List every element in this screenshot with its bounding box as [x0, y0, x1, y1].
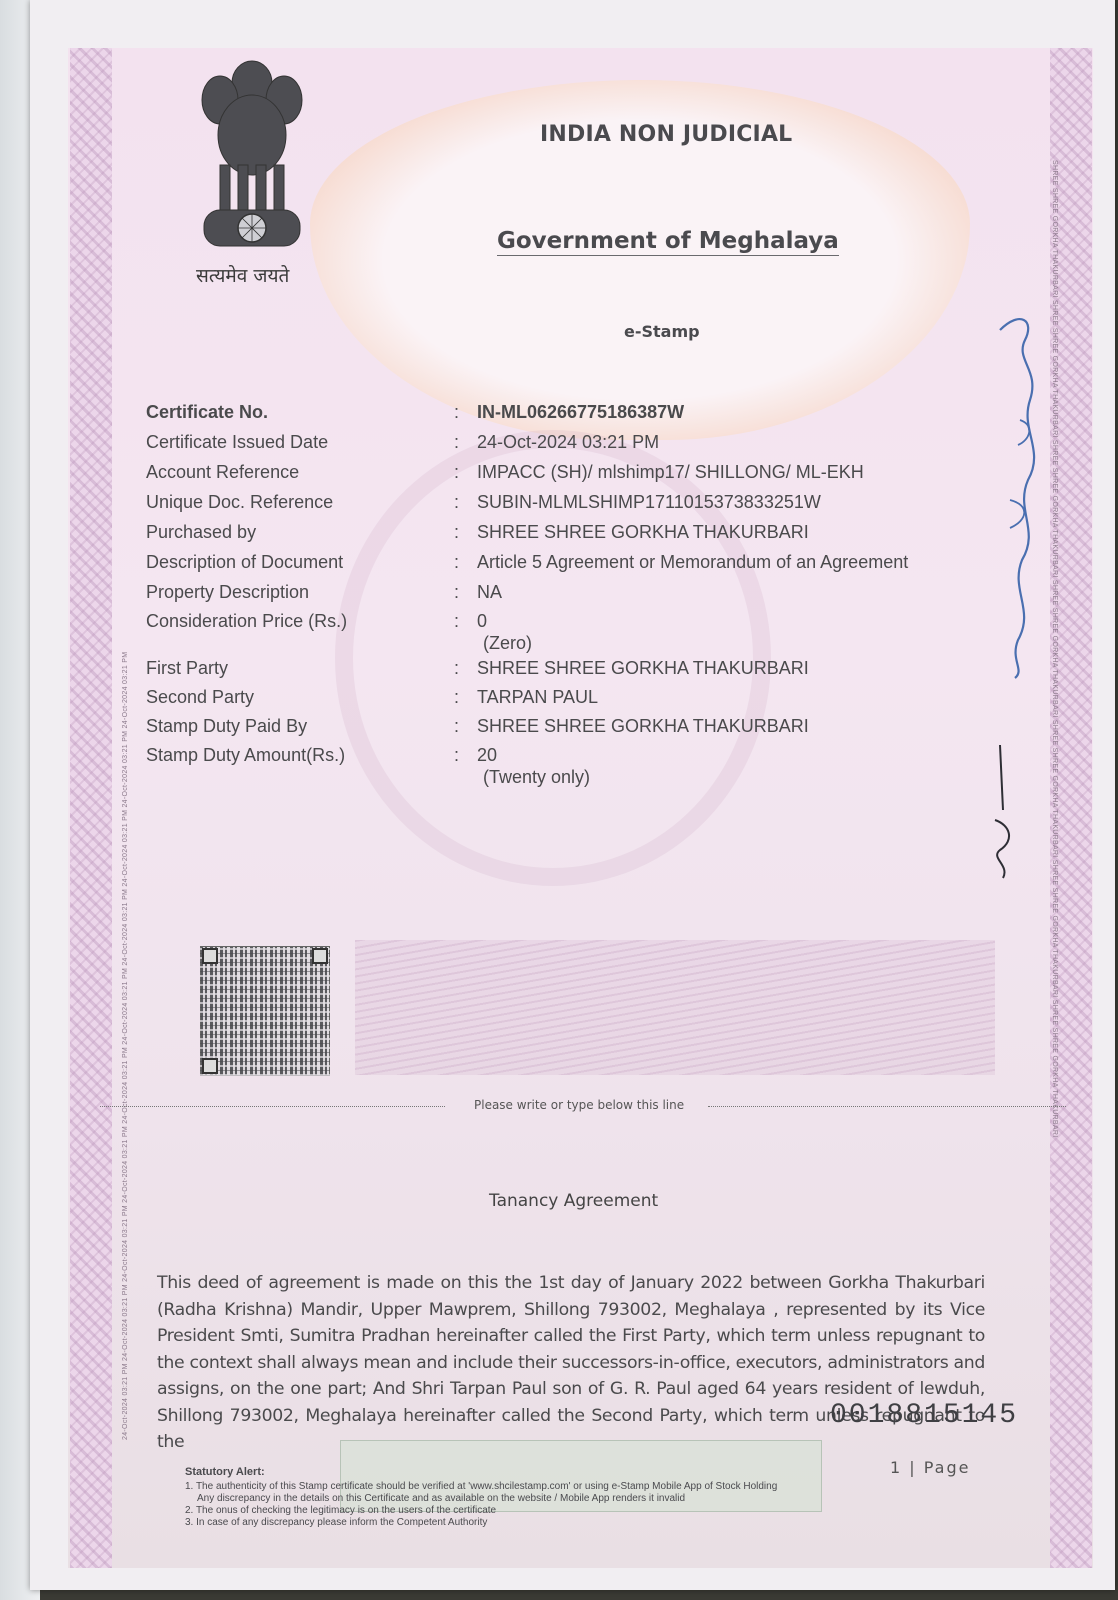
separator-line-left [100, 1106, 445, 1107]
detail-label: Second Party [146, 687, 254, 708]
detail-label: Property Description [146, 582, 309, 603]
statutory-alert-item: 2. The onus of checking the legitimacy i… [185, 1505, 777, 1517]
statutory-alert-item: 3. In case of any discrepancy please inf… [185, 1517, 777, 1529]
statutory-alert-item: 1. The authenticity of this Stamp certif… [185, 1481, 777, 1493]
national-emblem-icon [182, 55, 322, 255]
detail-colon: : [454, 492, 459, 513]
country-heading: INDIA NON JUDICIAL [540, 122, 792, 147]
detail-value-words: (Twenty only) [483, 767, 590, 788]
detail-label: Certificate No. [146, 402, 268, 423]
detail-label: Account Reference [146, 462, 299, 483]
microtext-left: 24-Oct-2024 03:21 PM 24-Oct-2024 03:21 P… [122, 652, 129, 1440]
detail-colon: : [454, 432, 459, 453]
government-heading: Government of Meghalaya [497, 228, 839, 256]
detail-value: SHREE SHREE GORKHA THAKURBARI [477, 716, 809, 737]
qr-code [200, 946, 330, 1076]
detail-colon: : [454, 716, 459, 737]
detail-colon: : [454, 402, 459, 423]
detail-value: IN-ML06266775186387W [477, 402, 684, 423]
statutory-alert-item: Any discrepancy in the details on this C… [185, 1493, 777, 1505]
detail-value-words: (Zero) [483, 633, 532, 654]
detail-label: Description of Document [146, 552, 343, 573]
separator-line-right [708, 1106, 1066, 1107]
statutory-alert: Statutory Alert: 1. The authenticity of … [185, 1466, 777, 1529]
detail-label: Unique Doc. Reference [146, 492, 333, 513]
stamp-type-heading: e-Stamp [624, 322, 700, 341]
detail-label: Certificate Issued Date [146, 432, 328, 453]
detail-value: SUBIN-MLMLSHIMP1711015373833251W [477, 492, 821, 513]
guilloche-band [355, 940, 995, 1075]
serial-number: 0018815145 [830, 1400, 1018, 1431]
detail-colon: : [454, 552, 459, 573]
emblem-motto: सत्यमेव जयते [196, 262, 289, 288]
qr-finder-pattern [202, 948, 218, 964]
detail-label: Stamp Duty Amount(Rs.) [146, 745, 345, 766]
detail-colon: : [454, 522, 459, 543]
detail-colon: : [454, 687, 459, 708]
detail-label: Stamp Duty Paid By [146, 716, 307, 737]
detail-colon: : [454, 611, 459, 632]
agreement-title: Tanancy Agreement [489, 1191, 658, 1211]
qr-finder-pattern [202, 1058, 218, 1074]
detail-colon: : [454, 658, 459, 679]
qr-finder-pattern [312, 948, 328, 964]
detail-value: Article 5 Agreement or Memorandum of an … [477, 552, 908, 573]
detail-colon: : [454, 462, 459, 483]
detail-colon: : [454, 745, 459, 766]
detail-value: SHREE SHREE GORKHA THAKURBARI [477, 522, 809, 543]
detail-value: 20 [477, 745, 497, 766]
signature-first-party [985, 740, 1025, 880]
separator-text: Please write or type below this line [474, 1098, 684, 1112]
detail-colon: : [454, 582, 459, 603]
detail-value: TARPAN PAUL [477, 687, 598, 708]
detail-value: NA [477, 582, 502, 603]
signature-tarpan-paul [980, 300, 1050, 680]
detail-value: IMPACC (SH)/ mlshimp17/ SHILLONG/ ML-EKH [477, 462, 864, 483]
page-number: 1 | Page [890, 1458, 970, 1477]
detail-label: First Party [146, 658, 228, 679]
detail-value: 24-Oct-2024 03:21 PM [477, 432, 659, 453]
detail-label: Consideration Price (Rs.) [146, 611, 347, 632]
detail-value: SHREE SHREE GORKHA THAKURBARI [477, 658, 809, 679]
detail-value: 0 [477, 611, 487, 632]
decorative-border-left [70, 48, 112, 1568]
detail-label: Purchased by [146, 522, 256, 543]
microtext-right: SHREE SHREE GORKHA THAKURBARI SHREE SHRE… [1051, 160, 1058, 1137]
statutory-alert-title: Statutory Alert: [185, 1466, 777, 1478]
